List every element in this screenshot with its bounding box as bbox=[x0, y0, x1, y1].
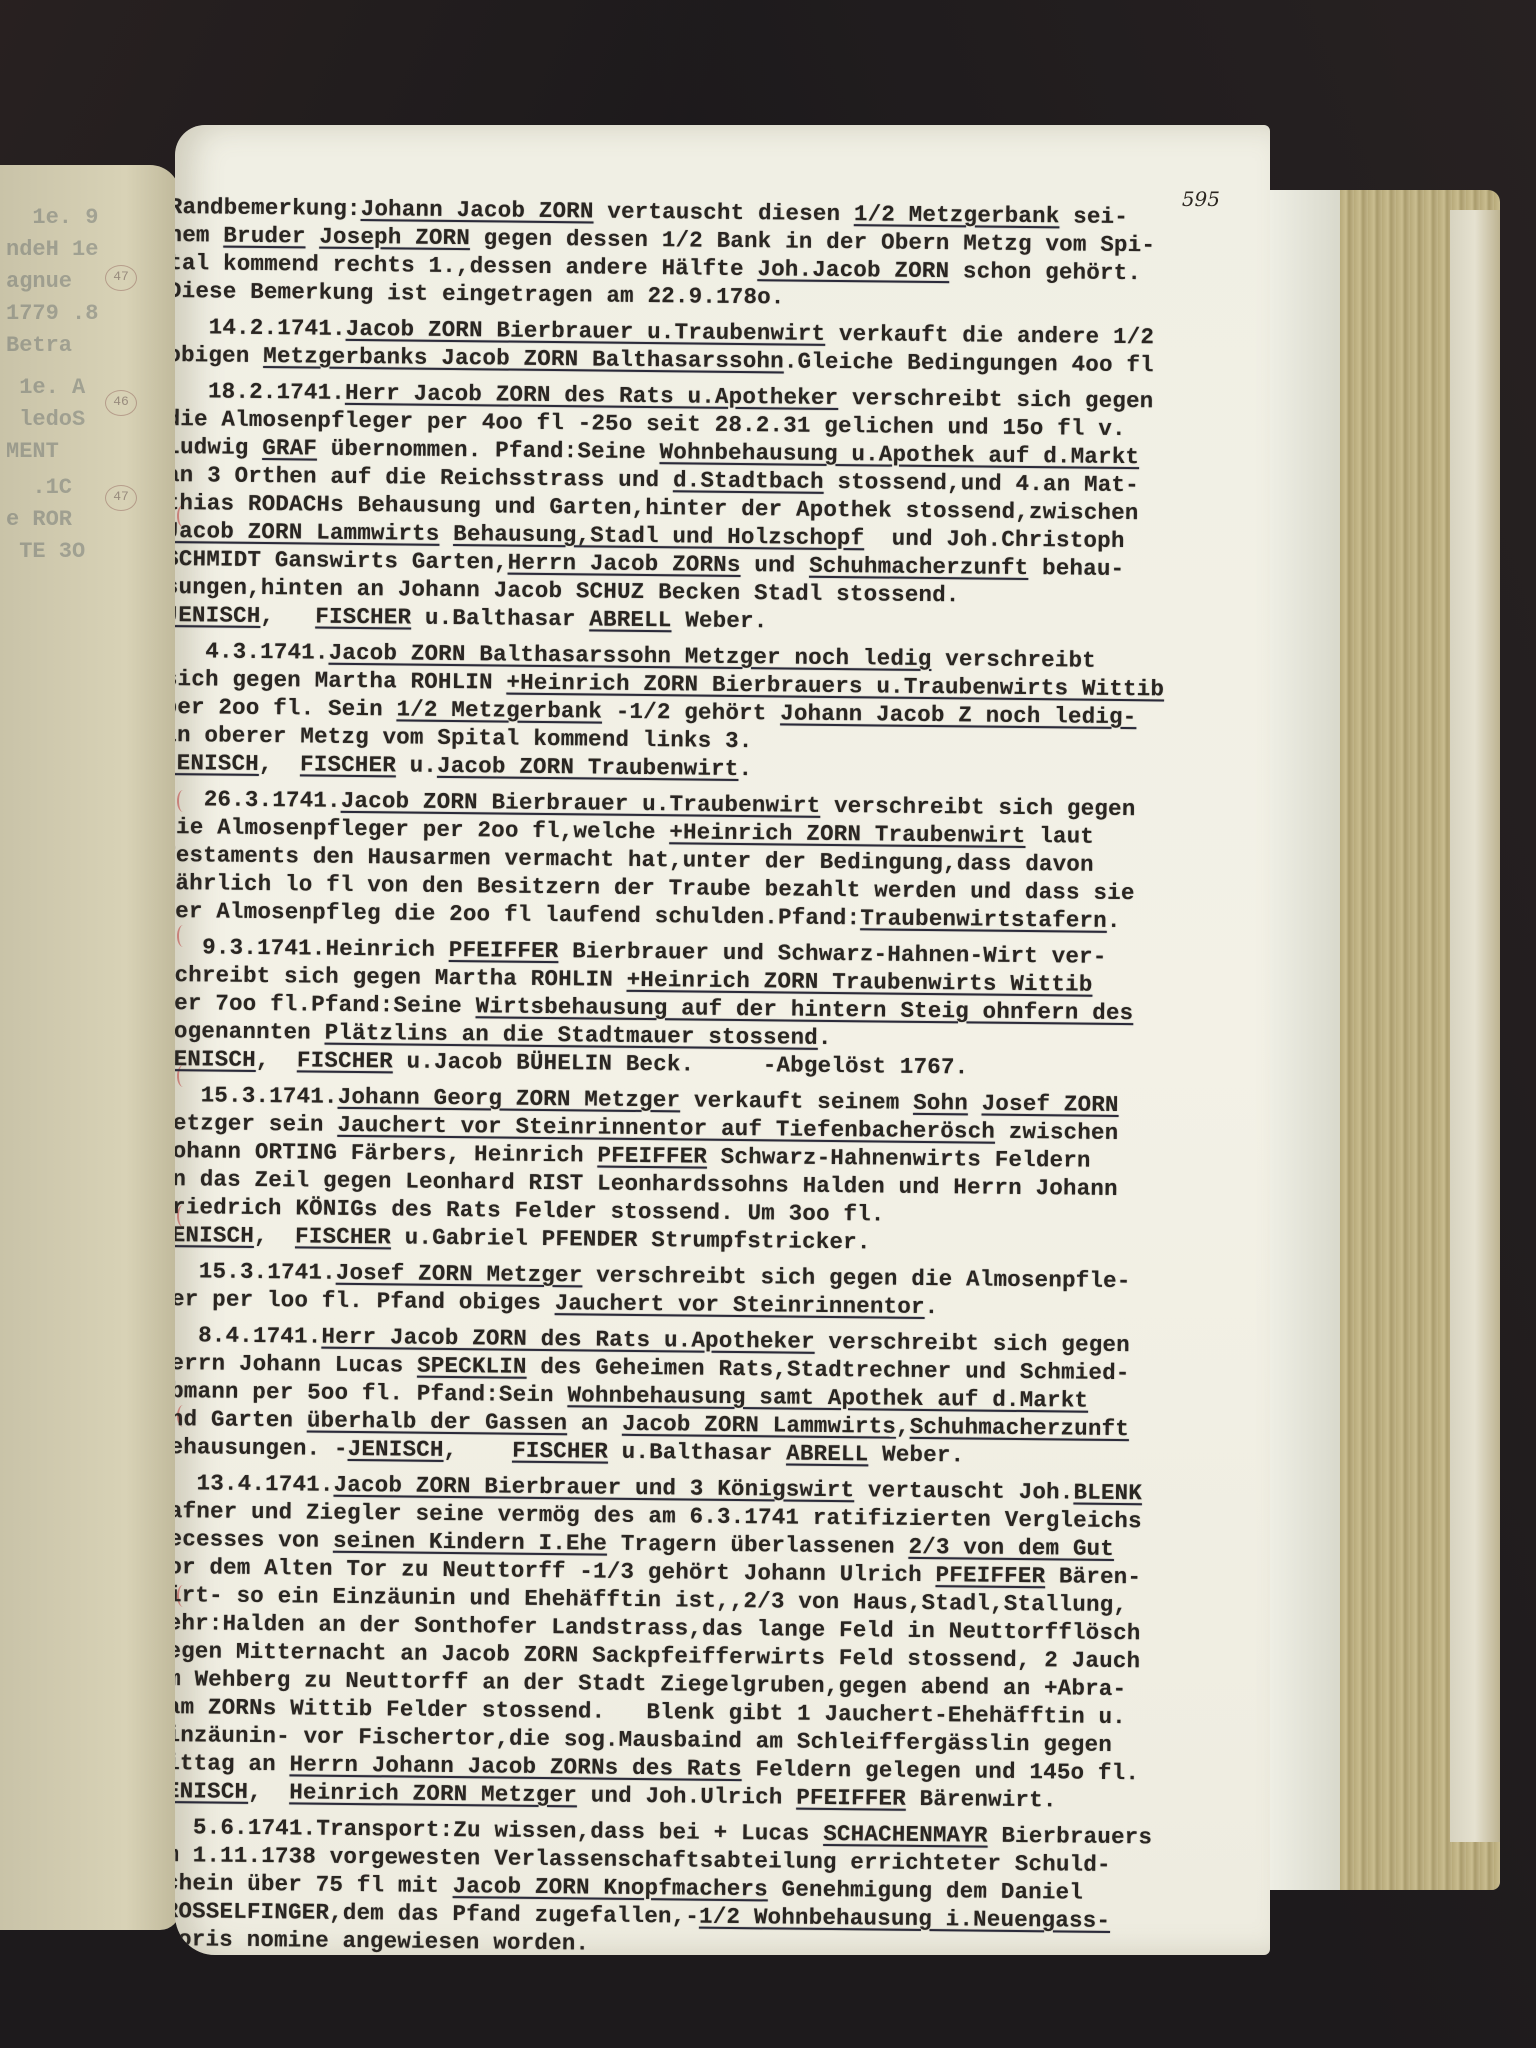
bleed-through-text: 1e. A bbox=[6, 375, 85, 401]
bleed-through-text: e ROR bbox=[6, 507, 85, 533]
register-entries: Randbemerkung:Johann Jacob ZORN vertausc… bbox=[175, 193, 1269, 1955]
bleed-through-text: 1779 .8 bbox=[6, 301, 98, 327]
bleed-through-text: MENT bbox=[6, 439, 59, 465]
typewritten-page: 595 Randbemerkung:Johann Jacob ZORN vert… bbox=[175, 125, 1270, 1955]
facing-left-page: 1e. 9 ndeH 1e agnue 1779 .8 Betra 1e. A … bbox=[0, 165, 180, 1930]
fore-edge bbox=[1450, 210, 1500, 1842]
register-entry: 5.6.1741.Transport:Zu wissen,dass bei + … bbox=[175, 1813, 1252, 1955]
register-entry: 8.4.1741.Herr Jacob ZORN des Rats u.Apot… bbox=[175, 1321, 1257, 1473]
margin-number: 46 bbox=[105, 390, 137, 416]
register-entry: 4.3.1741.Jacob ZORN Balthasarssohn Metzg… bbox=[175, 637, 1264, 789]
margin-number: 47 bbox=[105, 485, 137, 511]
bleed-through-text: agnue bbox=[6, 269, 72, 295]
bleed-through-text: ndeH 1e bbox=[6, 237, 98, 263]
register-entry: Randbemerkung:Johann Jacob ZORN vertausc… bbox=[175, 193, 1269, 317]
register-entry: 14.2.1741.Jacob ZORN Bierbrauer u.Traube… bbox=[175, 313, 1268, 381]
register-entry: 15.3.1741.Johann Georg ZORN Metzger verk… bbox=[175, 1081, 1260, 1261]
margin-number: 47 bbox=[105, 265, 137, 291]
register-entry: 9.3.1741.Heinrich PFEIFFER Bierbrauer un… bbox=[175, 933, 1261, 1085]
bleed-through-text: Betra bbox=[6, 333, 72, 359]
bleed-through-text: .1C bbox=[6, 475, 72, 501]
bleed-through-text: 1e. 9 bbox=[6, 205, 98, 231]
underlying-page bbox=[1270, 190, 1340, 1890]
book-page-block bbox=[1270, 190, 1500, 1890]
register-entry: 18.2.1741.Herr Jacob ZORN des Rats u.Apo… bbox=[175, 377, 1267, 641]
register-entry: 15.3.1741.Josef ZORN Metzger verschreibt… bbox=[175, 1257, 1258, 1325]
register-entry: 26.3.1741.Jacob ZORN Bierbrauer u.Traube… bbox=[175, 785, 1263, 937]
bleed-through-text: ledoS bbox=[6, 407, 85, 433]
bleed-through-text: TE 3O bbox=[6, 539, 85, 565]
register-entry: 13.4.1741.Jacob ZORN Bierbrauer und 3 Kö… bbox=[175, 1469, 1256, 1817]
